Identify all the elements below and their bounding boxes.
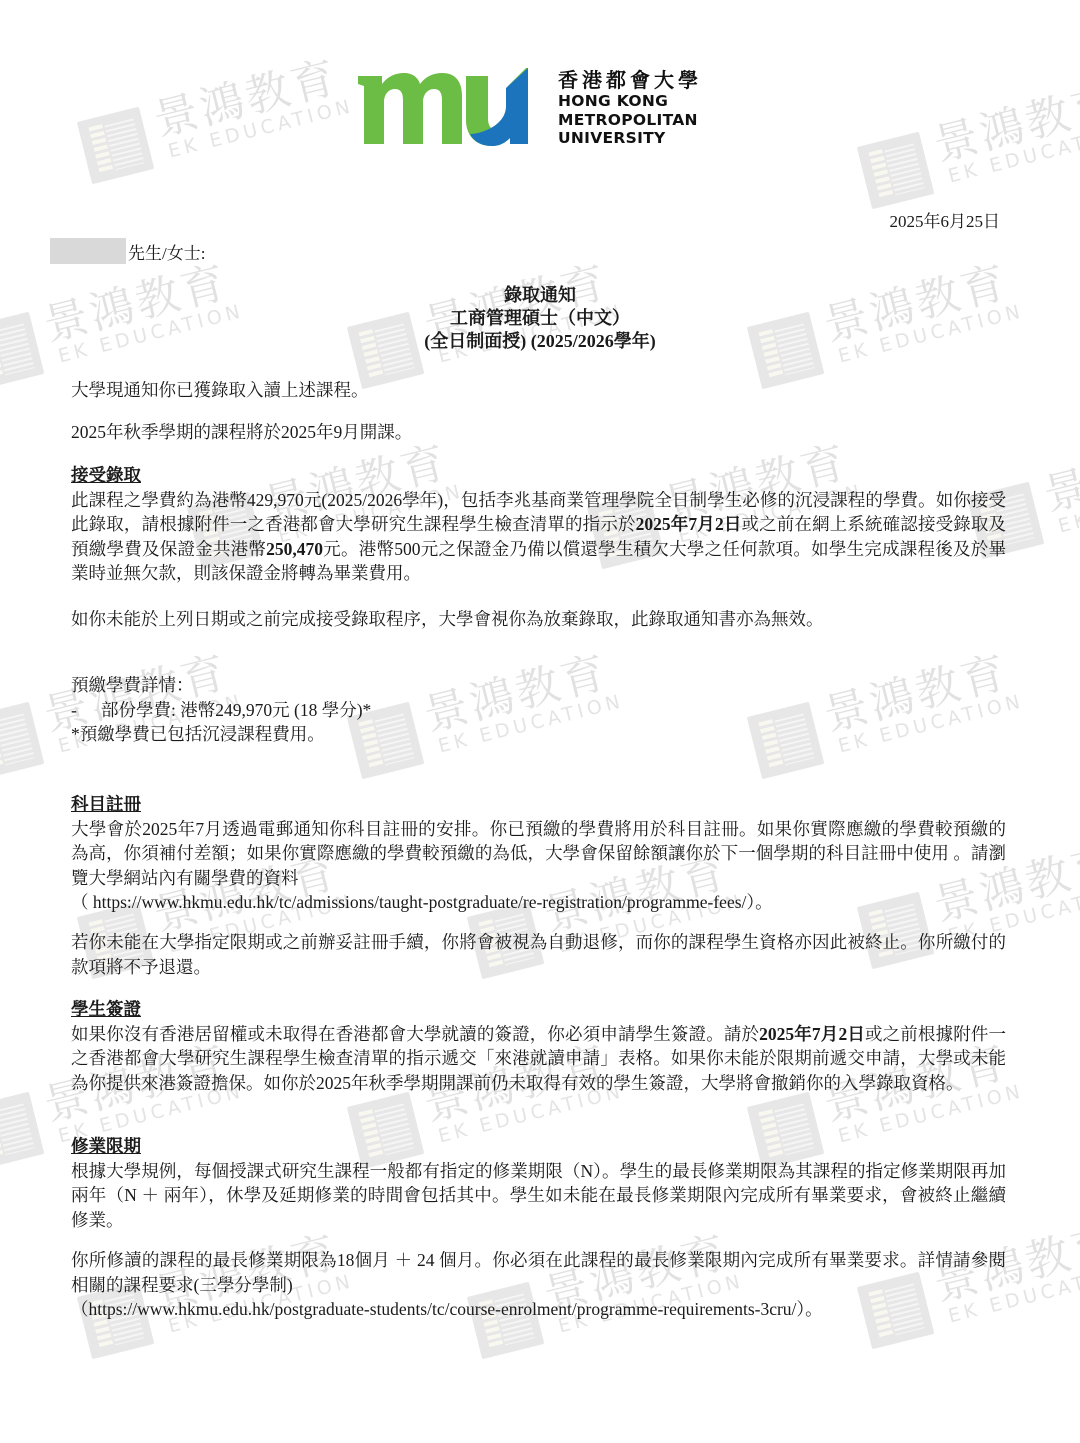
section-acceptance: 接受錄取 此課程之學費約為港幣429,970元(2025/2026學年)，包括李…: [71, 463, 1006, 586]
intro-paragraph-2: 2025年秋季學期的課程將於2025年9月開課。: [71, 420, 1006, 445]
acceptance-deadline: 2025年7月2日: [636, 514, 742, 534]
watermark: 景鴻教育 EK EDUCATION: [850, 47, 1080, 226]
redacted-name: [50, 238, 126, 264]
prepaid-note: *預繳學費已包括沉浸課程費用。: [71, 722, 1006, 747]
ek-logo-icon: [0, 1092, 44, 1170]
programme-requirements-link[interactable]: （https://www.hkmu.edu.hk/postgraduate-st…: [71, 1299, 823, 1319]
university-name-en-line3: UNIVERSITY: [558, 129, 702, 148]
acceptance-paragraph-2: 如你未能於上列日期或之前完成接受錄取程序，大學會視你為放棄錄取，此錄取通知書亦為…: [71, 607, 1006, 632]
section-heading-study-period: 修業限期: [71, 1134, 1006, 1159]
letter-title: 錄取通知 工商管理碩士（中文） (全日制面授) (2025/2026學年): [0, 284, 1080, 353]
prepaid-item: - 部份學費: 港幣249,970元 (18 學分)*: [71, 698, 1006, 723]
university-name-cn: 香港都會大學: [558, 68, 702, 92]
visa-deadline: 2025年7月2日: [759, 1024, 865, 1044]
title-programme: 工商管理碩士（中文）: [0, 307, 1080, 330]
acceptance-amount: 250,470: [266, 539, 323, 559]
watermark: 景鴻教育 EK EDUCATION: [70, 22, 388, 201]
section-study-period: 修業限期 根據大學規例，每個授課式研究生課程一般都有指定的修業期限（N）。學生的…: [71, 1134, 1006, 1232]
university-name-en-line2: METROPOLITAN: [558, 111, 702, 130]
letter-date: 2025年6月25日: [890, 207, 1001, 232]
title-line1: 錄取通知: [0, 284, 1080, 307]
ek-logo-icon: [857, 132, 935, 210]
title-mode-year: (全日制面授) (2025/2026學年): [0, 330, 1080, 353]
ek-logo-icon: [0, 702, 44, 780]
registration-paragraph-2: 若你未能在大學指定限期或之前辦妥註冊手續，你將會被視為自動退修，而你的課程學生資…: [71, 930, 1006, 979]
salutation-text: 先生/女士:: [128, 239, 205, 264]
study-period-paragraph-2: 你所修讀的課程的最長修業期限為18個月 ＋ 24 個月。你必須在此課程的最長修業…: [71, 1248, 1006, 1322]
programme-fees-link[interactable]: （ https://www.hkmu.edu.hk/tc/admissions/…: [71, 892, 773, 912]
salutation: 先生/女士:: [50, 238, 205, 264]
university-name-en-line1: HONG KONG: [558, 92, 702, 111]
logo-text: 香港都會大學 HONG KONG METROPOLITAN UNIVERSITY: [558, 68, 702, 148]
letter-page: 景鴻教育 EK EDUCATION 景鴻教育 EK EDUCATION 景鴻教育…: [0, 0, 1080, 1443]
prepaid-fee-details: 預繳學費詳情： - 部份學費: 港幣249,970元 (18 學分)* *預繳學…: [71, 673, 1006, 747]
section-heading-registration: 科目註冊: [71, 792, 1006, 817]
prepaid-label: 預繳學費詳情：: [71, 673, 1006, 698]
section-registration: 科目註冊 大學會於2025年7月透過電郵通知你科目註冊的安排。你已預繳的學費將用…: [71, 792, 1006, 915]
ek-logo-icon: [77, 107, 155, 185]
section-heading-visa: 學生簽證: [71, 997, 1006, 1022]
section-heading-acceptance: 接受錄取: [71, 463, 1006, 488]
hkmu-logo-mark-icon: [356, 66, 546, 146]
hkmu-logo: 香港都會大學 HONG KONG METROPOLITAN UNIVERSITY: [356, 66, 726, 150]
section-visa: 學生簽證 如果你沒有香港居留權或未取得在香港都會大學就讀的簽證，你必須申請學生簽…: [71, 997, 1006, 1095]
intro-paragraph-1: 大學現通知你已獲錄取入讀上述課程。: [71, 378, 1006, 403]
